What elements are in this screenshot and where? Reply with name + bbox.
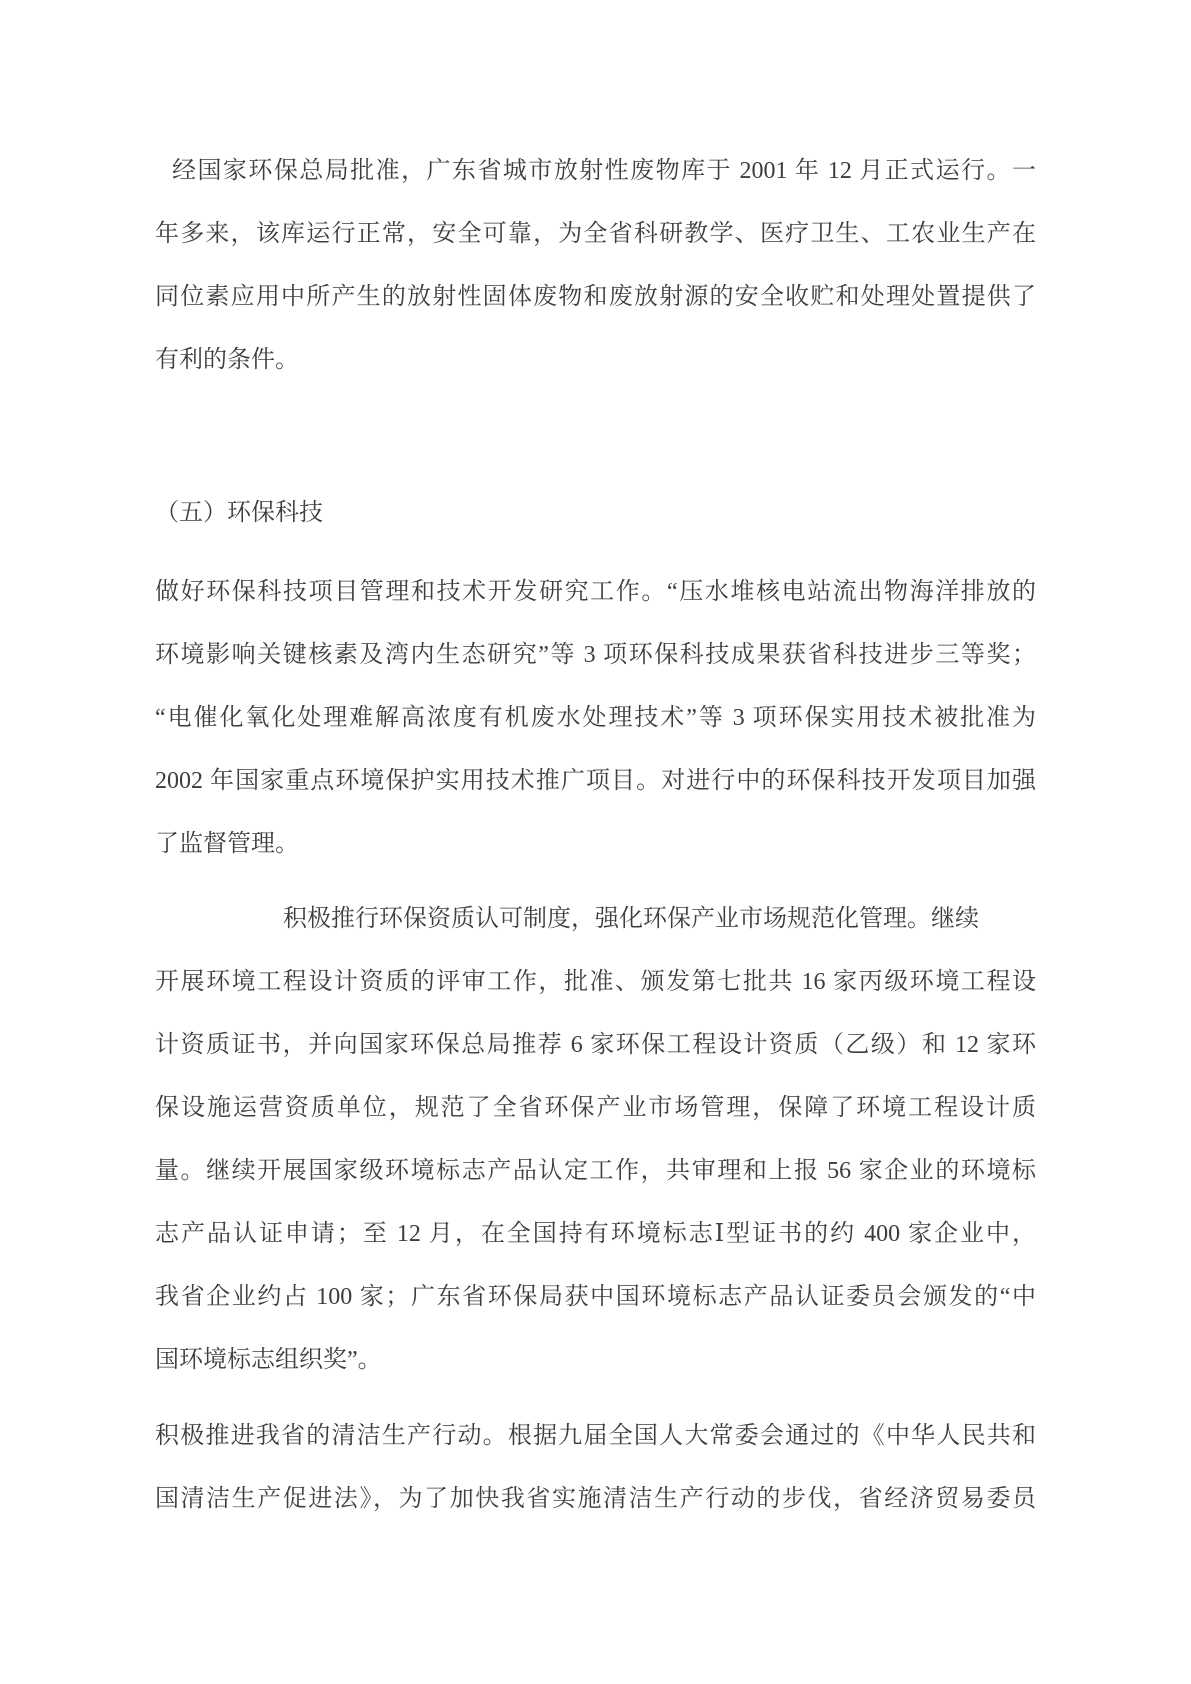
text-line: 环境影响关键核素及湾内生态研究”等 3 项环保科技成果获省科技进步三等奖； [155, 624, 1036, 687]
paragraph-3: 积极推行环保资质认可制度，强化环保产业市场规范化管理。继续 开展环境工程设计资质… [155, 888, 1036, 1392]
text-line: 国清洁生产促进法》，为了加快我省实施清洁生产行动的步伐，省经济贸易委员 [155, 1468, 1036, 1531]
text-line: 国环境标志组织奖”。 [155, 1329, 1036, 1392]
text-line: 积极推行环保资质认可制度，强化环保产业市场规范化管理。继续 [155, 888, 1036, 951]
text-line: 保设施运营资质单位，规范了全省环保产业市场管理，保障了环境工程设计质 [155, 1077, 1036, 1140]
text-line: 经国家环保总局批准，广东省城市放射性废物库于 2001 年 12 月正式运行。一 [155, 140, 1036, 203]
text-line: 计资质证书，并向国家环保总局推荐 6 家环保工程设计资质（乙级）和 12 家环 [155, 1014, 1036, 1077]
text-line: 开展环境工程设计资质的评审工作，批准、颁发第七批共 16 家丙级环境工程设 [155, 951, 1036, 1014]
text-line: 积极推进我省的清洁生产行动。根据九届全国人大常委会通过的《中华人民共和 [155, 1405, 1036, 1468]
paragraph-2: 做好环保科技项目管理和技术开发研究工作。“压水堆核电站流出物海洋排放的 环境影响… [155, 561, 1036, 876]
text-line: 2002 年国家重点环境保护实用技术推广项目。对进行中的环保科技开发项目加强 [155, 750, 1036, 813]
text-line: 量。继续开展国家级环境标志产品认定工作，共审理和上报 56 家企业的环境标 [155, 1140, 1036, 1203]
paragraph-1: 经国家环保总局批准，广东省城市放射性废物库于 2001 年 12 月正式运行。一… [155, 140, 1036, 392]
text-line: 同位素应用中所产生的放射性固体废物和废放射源的安全收贮和处理处置提供了 [155, 266, 1036, 329]
text-line: 了监督管理。 [155, 813, 1036, 876]
text-line: 有利的条件。 [155, 329, 1036, 392]
paragraph-4: 积极推进我省的清洁生产行动。根据九届全国人大常委会通过的《中华人民共和 国清洁生… [155, 1405, 1036, 1531]
section-heading: （五）环保科技 [155, 482, 1036, 545]
text-line: 年多来，该库运行正常，安全可靠，为全省科研教学、医疗卫生、工农业生产在 [155, 203, 1036, 266]
text-line: 我省企业约占 100 家；广东省环保局获中国环境标志产品认证委员会颁发的“中 [155, 1266, 1036, 1329]
text-line: “电催化氧化处理难解高浓度有机废水处理技术”等 3 项环保实用技术被批准为 [155, 687, 1036, 750]
text-line: 志产品认证申请；至 12 月，在全国持有环境标志Ⅰ型证书的约 400 家企业中， [155, 1203, 1036, 1266]
document-page: 经国家环保总局批准，广东省城市放射性废物库于 2001 年 12 月正式运行。一… [0, 0, 1191, 1684]
text-line: 做好环保科技项目管理和技术开发研究工作。“压水堆核电站流出物海洋排放的 [155, 561, 1036, 624]
